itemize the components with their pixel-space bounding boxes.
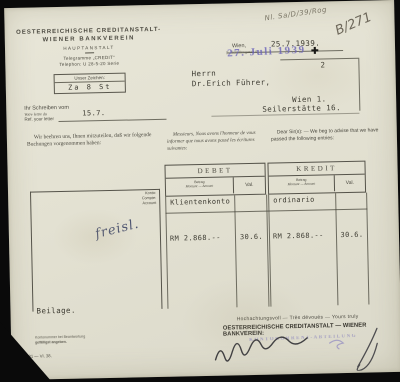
kredit-amount: RM 2.868.--: [273, 231, 324, 240]
debet-header-box: DEBET Betrag Montant — Amount Val.: [164, 163, 266, 197]
recipient-name: Dr.Erich Führer,: [192, 78, 271, 89]
kredit-account: ordinario: [273, 196, 315, 205]
recipient-street: Seilerstätte 16.: [262, 103, 341, 114]
intro-german: Wir beehren uns, Ihnen mitzuteilen, daß …: [27, 132, 159, 150]
debet-amount-sublabel: Montant — Amount: [166, 183, 233, 188]
address-bottom-rule: [211, 113, 359, 117]
signature-ink: [209, 326, 390, 374]
your-letter-date: 15.7.: [82, 109, 105, 117]
small-print-line2: gefälligst angeben.: [35, 339, 85, 345]
notes-box: [30, 189, 162, 312]
letterhead: OESTERREICHISCHE CREDITANSTALT- WIENER B…: [11, 27, 168, 68]
received-date-stamp: 27. Juli 1939: [227, 44, 306, 60]
company-name-line2: WIENER BANKVEREIN: [11, 35, 167, 44]
konto-label-en: Account: [108, 201, 156, 207]
intro-english: Dear Sir(s): — We beg to advise that we …: [271, 127, 393, 144]
kredit-amount-sublabel: Montant — Amount: [269, 181, 334, 186]
page-number: 2: [320, 60, 325, 69]
konto-label: Konto: Compte: Account: [108, 191, 156, 207]
kredit-val: 30.6.: [338, 231, 366, 240]
footer-small-print: Kontonummer bei Beantwortung gefälligst …: [35, 334, 85, 345]
reference-box: Unser Zeichen: Za 8 St: [54, 73, 126, 95]
pencil-file-number: B/271: [333, 10, 374, 39]
kredit-header-box: KREDIT Betrag Montant — Amount Val.: [267, 161, 366, 195]
pencil-file-note: Nl. Sa/D/39/Rog: [264, 6, 327, 23]
closing-line: Hochachtungsvoll — Très dévoués — Yours …: [237, 314, 359, 323]
debet-account: Klientenkonto: [170, 197, 230, 206]
debet-amount: RM 2.868.--: [170, 234, 221, 243]
letter-paper: OESTERREICHISCHE CREDITANSTALT- WIENER B…: [4, 0, 400, 380]
cross-mark: ✚: [311, 46, 319, 57]
recipient-salutation: Herrn: [191, 69, 216, 79]
branch-label: HAUPTANSTALT: [11, 44, 167, 52]
intro-french: Messieurs, Nous avons l'honneur de vous …: [167, 130, 265, 153]
letterhead-divider: [85, 52, 94, 53]
address-right-rule: [358, 58, 360, 111]
enclosure-note: Beilage.: [36, 306, 76, 316]
reference-value: Za 8 St: [55, 82, 125, 93]
scanned-letter: OESTERREICHISCHE CREDITANSTALT- WIENER B…: [0, 0, 400, 382]
page-box-top-rule: [280, 58, 358, 61]
debet-val-label: Val.: [234, 177, 265, 194]
debet-val: 30.6.: [237, 233, 266, 242]
kredit-val-label: Val.: [335, 175, 365, 192]
